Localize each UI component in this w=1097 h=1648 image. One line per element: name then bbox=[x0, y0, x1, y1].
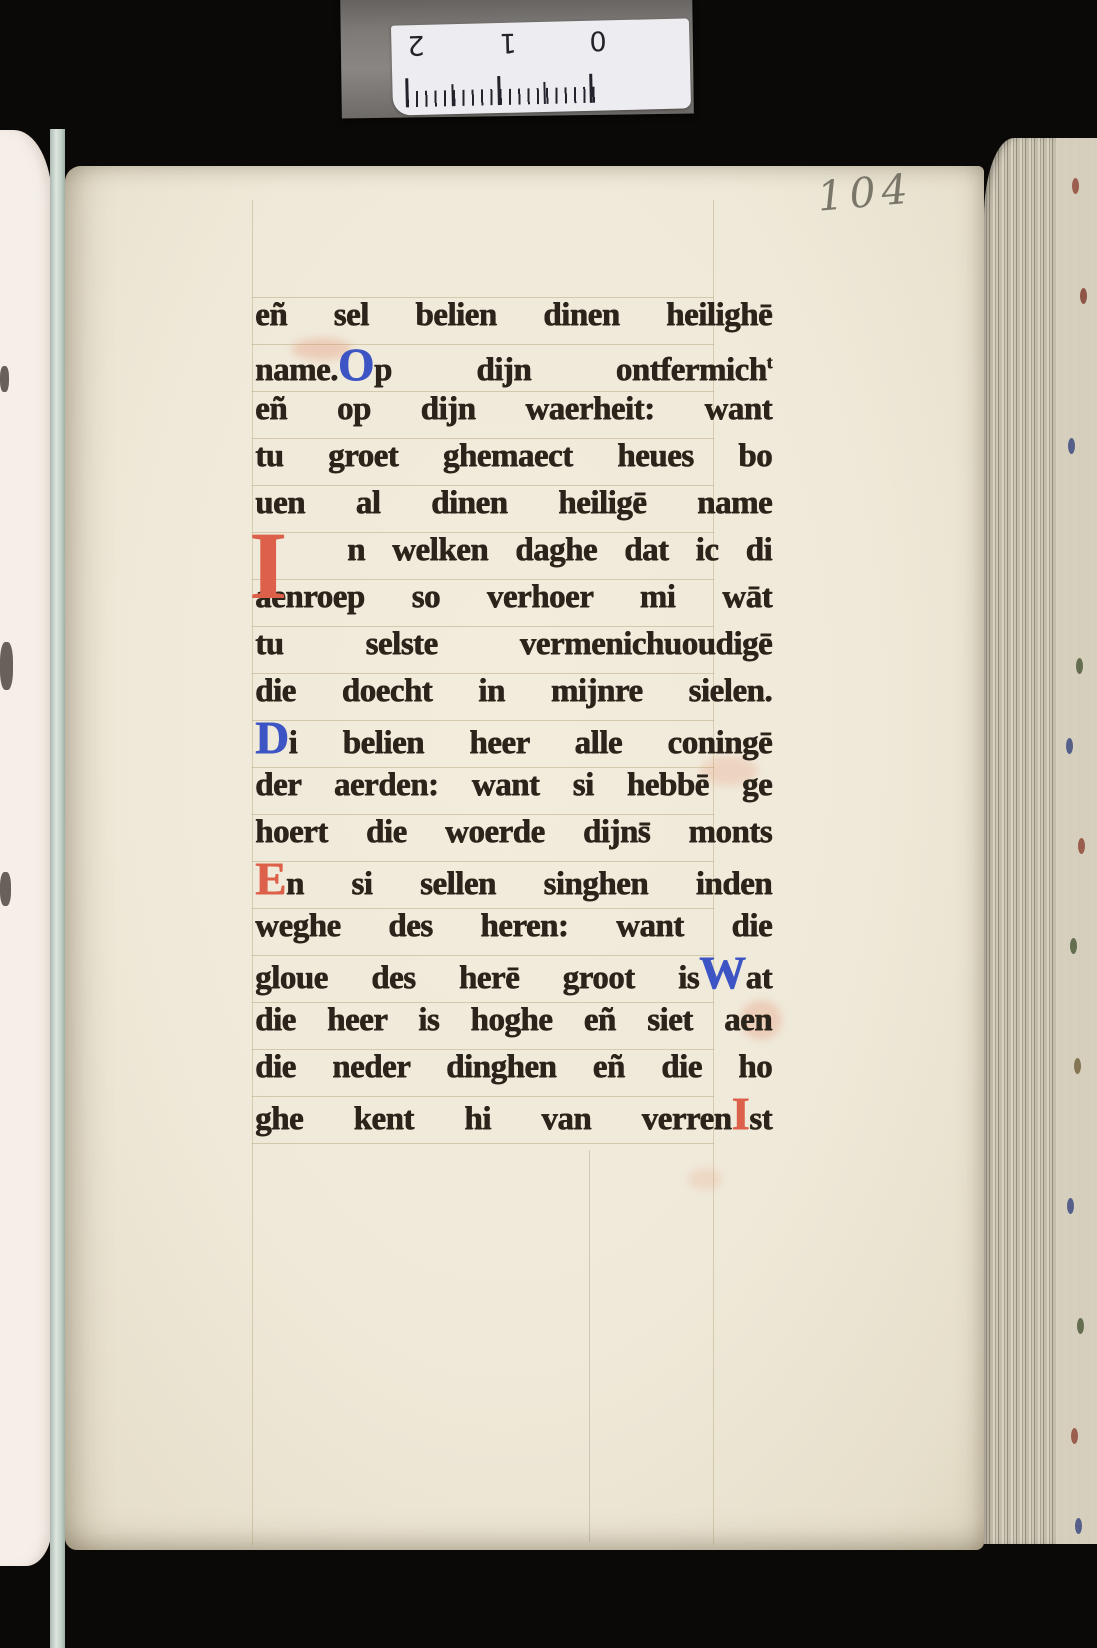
text-line: der aerden: want si hebbē ge bbox=[255, 762, 772, 809]
text-line: In welken daghe dat ic di bbox=[255, 527, 772, 574]
text-line: weghe des heren: want die bbox=[255, 903, 772, 950]
text-segment: uen al dinen heiligē name bbox=[255, 485, 772, 521]
illuminated-initial: I bbox=[249, 518, 286, 614]
pencil-folio-number: 104 bbox=[815, 163, 930, 236]
fore-edge-decoration-speck bbox=[1074, 1058, 1081, 1074]
fore-edge-decoration-speck bbox=[1077, 1318, 1084, 1334]
manuscript-photograph: 2 1 0 104 eñ sel belien dinen heilighēna… bbox=[0, 0, 1097, 1648]
facing-page-text-glimpse bbox=[0, 872, 11, 906]
text-line: En si sellen singhen inden bbox=[255, 856, 772, 903]
ruling-line-vertical-left bbox=[252, 200, 253, 1545]
fore-edge-decoration-speck bbox=[1078, 838, 1085, 854]
pigment-smudge bbox=[688, 1168, 722, 1190]
text-block: eñ sel belien dinen heilighēname.Op dijn… bbox=[255, 292, 772, 1138]
fore-edge-decoration-speck bbox=[1072, 178, 1079, 194]
illuminated-initial: O bbox=[338, 339, 374, 391]
text-line: die neder dinghen eñ die ho bbox=[255, 1044, 772, 1091]
ruler-tick-major bbox=[405, 78, 409, 107]
ruler-tick-half bbox=[543, 82, 546, 104]
text-segment: weghe des heren: want die bbox=[255, 908, 772, 944]
fore-edge-decoration-speck bbox=[1070, 938, 1077, 954]
fore-edge-decoration-speck bbox=[1075, 1518, 1082, 1534]
illuminated-initial: I bbox=[731, 1088, 749, 1140]
illuminated-initial: E bbox=[255, 853, 286, 905]
text-line: name.Op dijn ontfermicht bbox=[255, 339, 772, 386]
ruler-number-0: 0 bbox=[589, 24, 607, 55]
text-segment: die doecht in mijnre sielen. bbox=[255, 673, 772, 709]
text-line: Di belien heer alle coningē bbox=[255, 715, 772, 762]
text-line: eñ sel belien dinen heilighē bbox=[255, 292, 772, 339]
text-line: hoert die woerde dijns̄ monts bbox=[255, 809, 772, 856]
text-segment: i belien heer alle coningē bbox=[288, 725, 772, 761]
text-segment: p dijn ontfermich bbox=[374, 352, 767, 388]
text-segment: n si sellen singhen inden bbox=[286, 866, 772, 902]
text-segment: hoert die woerde dijns̄ monts bbox=[255, 814, 772, 850]
facing-page-text-glimpse bbox=[0, 642, 13, 690]
ruler-tick-half bbox=[451, 84, 454, 106]
ruler-ticks bbox=[407, 87, 597, 108]
text-segment: st bbox=[749, 1101, 772, 1137]
fore-edge-page-stack bbox=[984, 138, 1097, 1544]
ruler-number-2: 2 bbox=[407, 29, 425, 60]
glass-clamp-edge bbox=[50, 129, 65, 1648]
text-line: die heer is hoghe eñ siet aen bbox=[255, 997, 772, 1044]
text-line: die doecht in mijnre sielen. bbox=[255, 668, 772, 715]
text-line: tu selste vermenichuoudigē bbox=[255, 621, 772, 668]
ruler-tick-major bbox=[497, 76, 501, 105]
text-line: ghe kent hi van verrenIst bbox=[255, 1091, 772, 1138]
text-segment: eñ sel belien dinen heilighē bbox=[255, 297, 772, 333]
fore-edge-decoration-speck bbox=[1067, 1198, 1074, 1214]
text-line: tu groet ghemaect heues bo bbox=[255, 433, 772, 480]
fore-edge-decoration-speck bbox=[1080, 288, 1087, 304]
fore-edge-decorated-leaves bbox=[1056, 138, 1097, 1544]
text-segment: eñ op dijn waerheit: want bbox=[255, 391, 772, 427]
text-segment: aenroep so verhoer mi wāt bbox=[255, 579, 772, 615]
text-segment: tu groet ghemaect heues bo bbox=[255, 438, 772, 474]
fore-edge-decoration-speck bbox=[1071, 1428, 1078, 1444]
ruler-tick-major bbox=[589, 74, 593, 103]
ruler-number-1: 1 bbox=[499, 27, 517, 58]
text-segment: gloue des herē groot is bbox=[255, 960, 699, 996]
text-line: uen al dinen heiligē name bbox=[255, 480, 772, 527]
text-line: eñ op dijn waerheit: want bbox=[255, 386, 772, 433]
ruler: 2 1 0 bbox=[391, 18, 691, 115]
text-segment: n welken daghe dat ic di bbox=[347, 532, 772, 568]
fore-edge-decoration-speck bbox=[1076, 658, 1083, 674]
text-segment: tu selste vermenichuoudigē bbox=[255, 626, 772, 662]
illuminated-initial: D bbox=[255, 712, 288, 764]
text-segment: der aerden: want si hebbē ge bbox=[255, 767, 772, 803]
illuminated-initial: W bbox=[699, 947, 746, 999]
facing-page-text-glimpse bbox=[0, 366, 9, 392]
facing-page-edge bbox=[0, 130, 52, 1566]
ruling-line-horizontal bbox=[252, 1143, 714, 1144]
text-segment: t bbox=[766, 352, 772, 372]
fore-edge-decoration-speck bbox=[1066, 738, 1073, 754]
parchment-crease bbox=[589, 1150, 590, 1542]
text-segment: die heer is hoghe eñ siet aen bbox=[255, 1002, 772, 1038]
fore-edge-decoration-speck bbox=[1068, 438, 1075, 454]
text-segment: ghe kent hi van verren bbox=[255, 1101, 731, 1137]
text-line: gloue des herē groot isWat bbox=[255, 950, 772, 997]
text-segment: name. bbox=[255, 352, 338, 388]
text-line: aenroep so verhoer mi wāt bbox=[255, 574, 772, 621]
text-segment: at bbox=[746, 960, 773, 996]
text-segment: die neder dinghen eñ die ho bbox=[255, 1049, 772, 1085]
